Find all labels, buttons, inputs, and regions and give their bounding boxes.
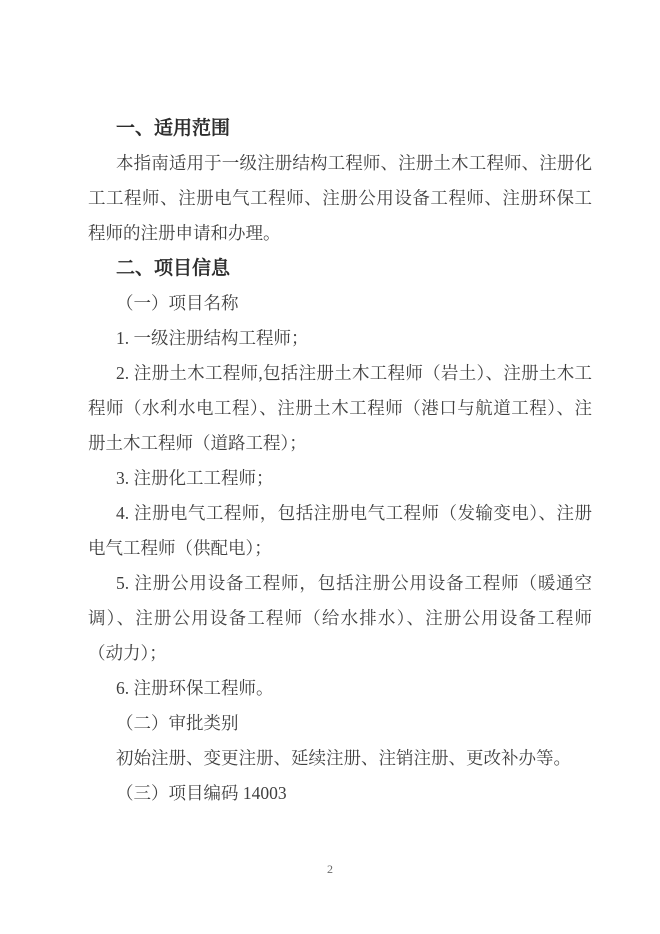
paragraph-item-2-civil: 2. 注册土木工程师,包括注册土木工程师（岩土）、注册土木工程师（水利水电工程）… bbox=[88, 356, 592, 461]
document-content: 一、适用范围 本指南适用于一级注册结构工程师、注册土木工程师、注册化工工程师、注… bbox=[88, 111, 592, 811]
heading-project-info: 二、项目信息 bbox=[88, 251, 592, 286]
paragraph-item-6-environmental: 6. 注册环保工程师。 bbox=[88, 671, 592, 706]
paragraph-item-1-structural: 1. 一级注册结构工程师； bbox=[88, 321, 592, 356]
paragraph-project-code: （三）项目编码 14003 bbox=[88, 776, 592, 811]
paragraph-item-3-chemical: 3. 注册化工工程师； bbox=[88, 461, 592, 496]
paragraph-approval-category-label: （二）审批类别 bbox=[88, 706, 592, 741]
page-number: 2 bbox=[0, 862, 660, 876]
heading-applicable-scope: 一、适用范围 bbox=[88, 111, 592, 146]
paragraph-applicable-scope: 本指南适用于一级注册结构工程师、注册土木工程师、注册化工工程师、注册电气工程师、… bbox=[88, 146, 592, 251]
paragraph-item-5-public-equipment: 5. 注册公用设备工程师，包括注册公用设备工程师（暖通空调）、注册公用设备工程师… bbox=[88, 566, 592, 671]
paragraph-item-4-electrical: 4. 注册电气工程师，包括注册电气工程师（发输变电）、注册电气工程师（供配电）； bbox=[88, 496, 592, 566]
paragraph-approval-categories: 初始注册、变更注册、延续注册、注销注册、更改补办等。 bbox=[88, 741, 592, 776]
paragraph-project-name-label: （一）项目名称 bbox=[88, 286, 592, 321]
document-page: 一、适用范围 本指南适用于一级注册结构工程师、注册土木工程师、注册化工工程师、注… bbox=[0, 0, 660, 934]
